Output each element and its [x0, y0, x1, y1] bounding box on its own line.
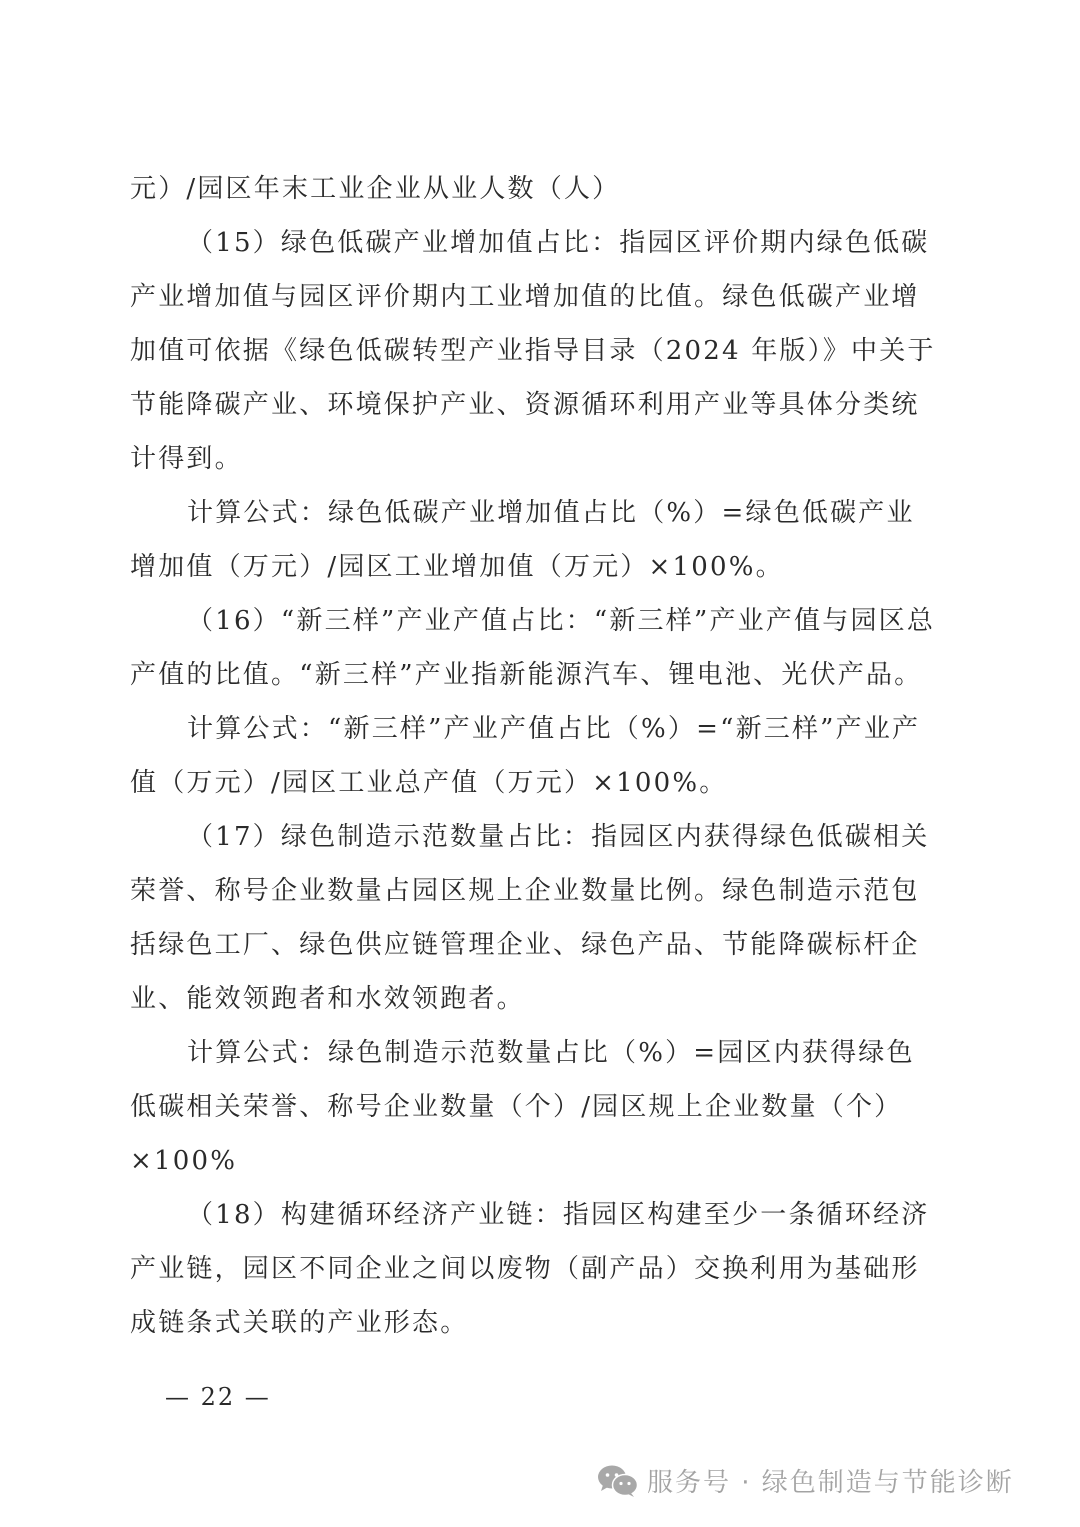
- text-line: 产业链，园区不同企业之间以废物（副产品）交换利用为基础形: [130, 1242, 930, 1296]
- page-number: — 22 —: [165, 1383, 271, 1411]
- text-line: 产值的比值。“新三样”产业指新能源汽车、锂电池、光伏产品。: [130, 648, 930, 702]
- text-line: 荣誉、称号企业数量占园区规上企业数量比例。绿色制造示范包: [130, 864, 930, 918]
- text-line: 值（万元）/园区工业总产值（万元）×100%。: [130, 756, 930, 810]
- text-line: 产业增加值与园区评价期内工业增加值的比值。绿色低碳产业增: [130, 270, 930, 324]
- text-line: 增加值（万元）/园区工业增加值（万元）×100%。: [130, 540, 930, 594]
- text-line: （16）“新三样”产业产值占比：“新三样”产业产值与园区总: [130, 594, 930, 648]
- text-line: 加值可依据《绿色低碳转型产业指导目录（2024 年版）》中关于: [130, 324, 930, 378]
- text-line: （15）绿色低碳产业增加值占比：指园区评价期内绿色低碳: [130, 216, 930, 270]
- text-line: （17）绿色制造示范数量占比：指园区内获得绿色低碳相关: [130, 810, 930, 864]
- text-line: 节能降碳产业、环境保护产业、资源循环利用产业等具体分类统: [130, 378, 930, 432]
- text-line: 计算公式：“新三样”产业产值占比（%）=“新三样”产业产: [130, 702, 930, 756]
- text-line: 元）/园区年末工业企业从业人数（人）: [130, 162, 930, 216]
- text-line: 成链条式关联的产业形态。: [130, 1296, 930, 1350]
- text-line: 低碳相关荣誉、称号企业数量（个）/园区规上企业数量（个）: [130, 1080, 930, 1134]
- document-body: 元）/园区年末工业企业从业人数（人） （15）绿色低碳产业增加值占比：指园区评价…: [130, 162, 930, 1350]
- text-line: 计得到。: [130, 432, 930, 486]
- text-line: （18）构建循环经济产业链：指园区构建至少一条循环经济: [130, 1188, 930, 1242]
- text-line: 业、能效领跑者和水效领跑者。: [130, 972, 930, 1026]
- text-line: 括绿色工厂、绿色供应链管理企业、绿色产品、节能降碳标杆企: [130, 918, 930, 972]
- text-line: ×100%: [130, 1134, 930, 1188]
- watermark: 服务号 · 绿色制造与节能诊断: [597, 1462, 1014, 1499]
- text-line: 计算公式：绿色低碳产业增加值占比（%）=绿色低碳产业: [130, 486, 930, 540]
- watermark-text: 服务号 · 绿色制造与节能诊断: [647, 1462, 1014, 1499]
- wechat-icon: [597, 1464, 639, 1498]
- text-line: 计算公式：绿色制造示范数量占比（%）=园区内获得绿色: [130, 1026, 930, 1080]
